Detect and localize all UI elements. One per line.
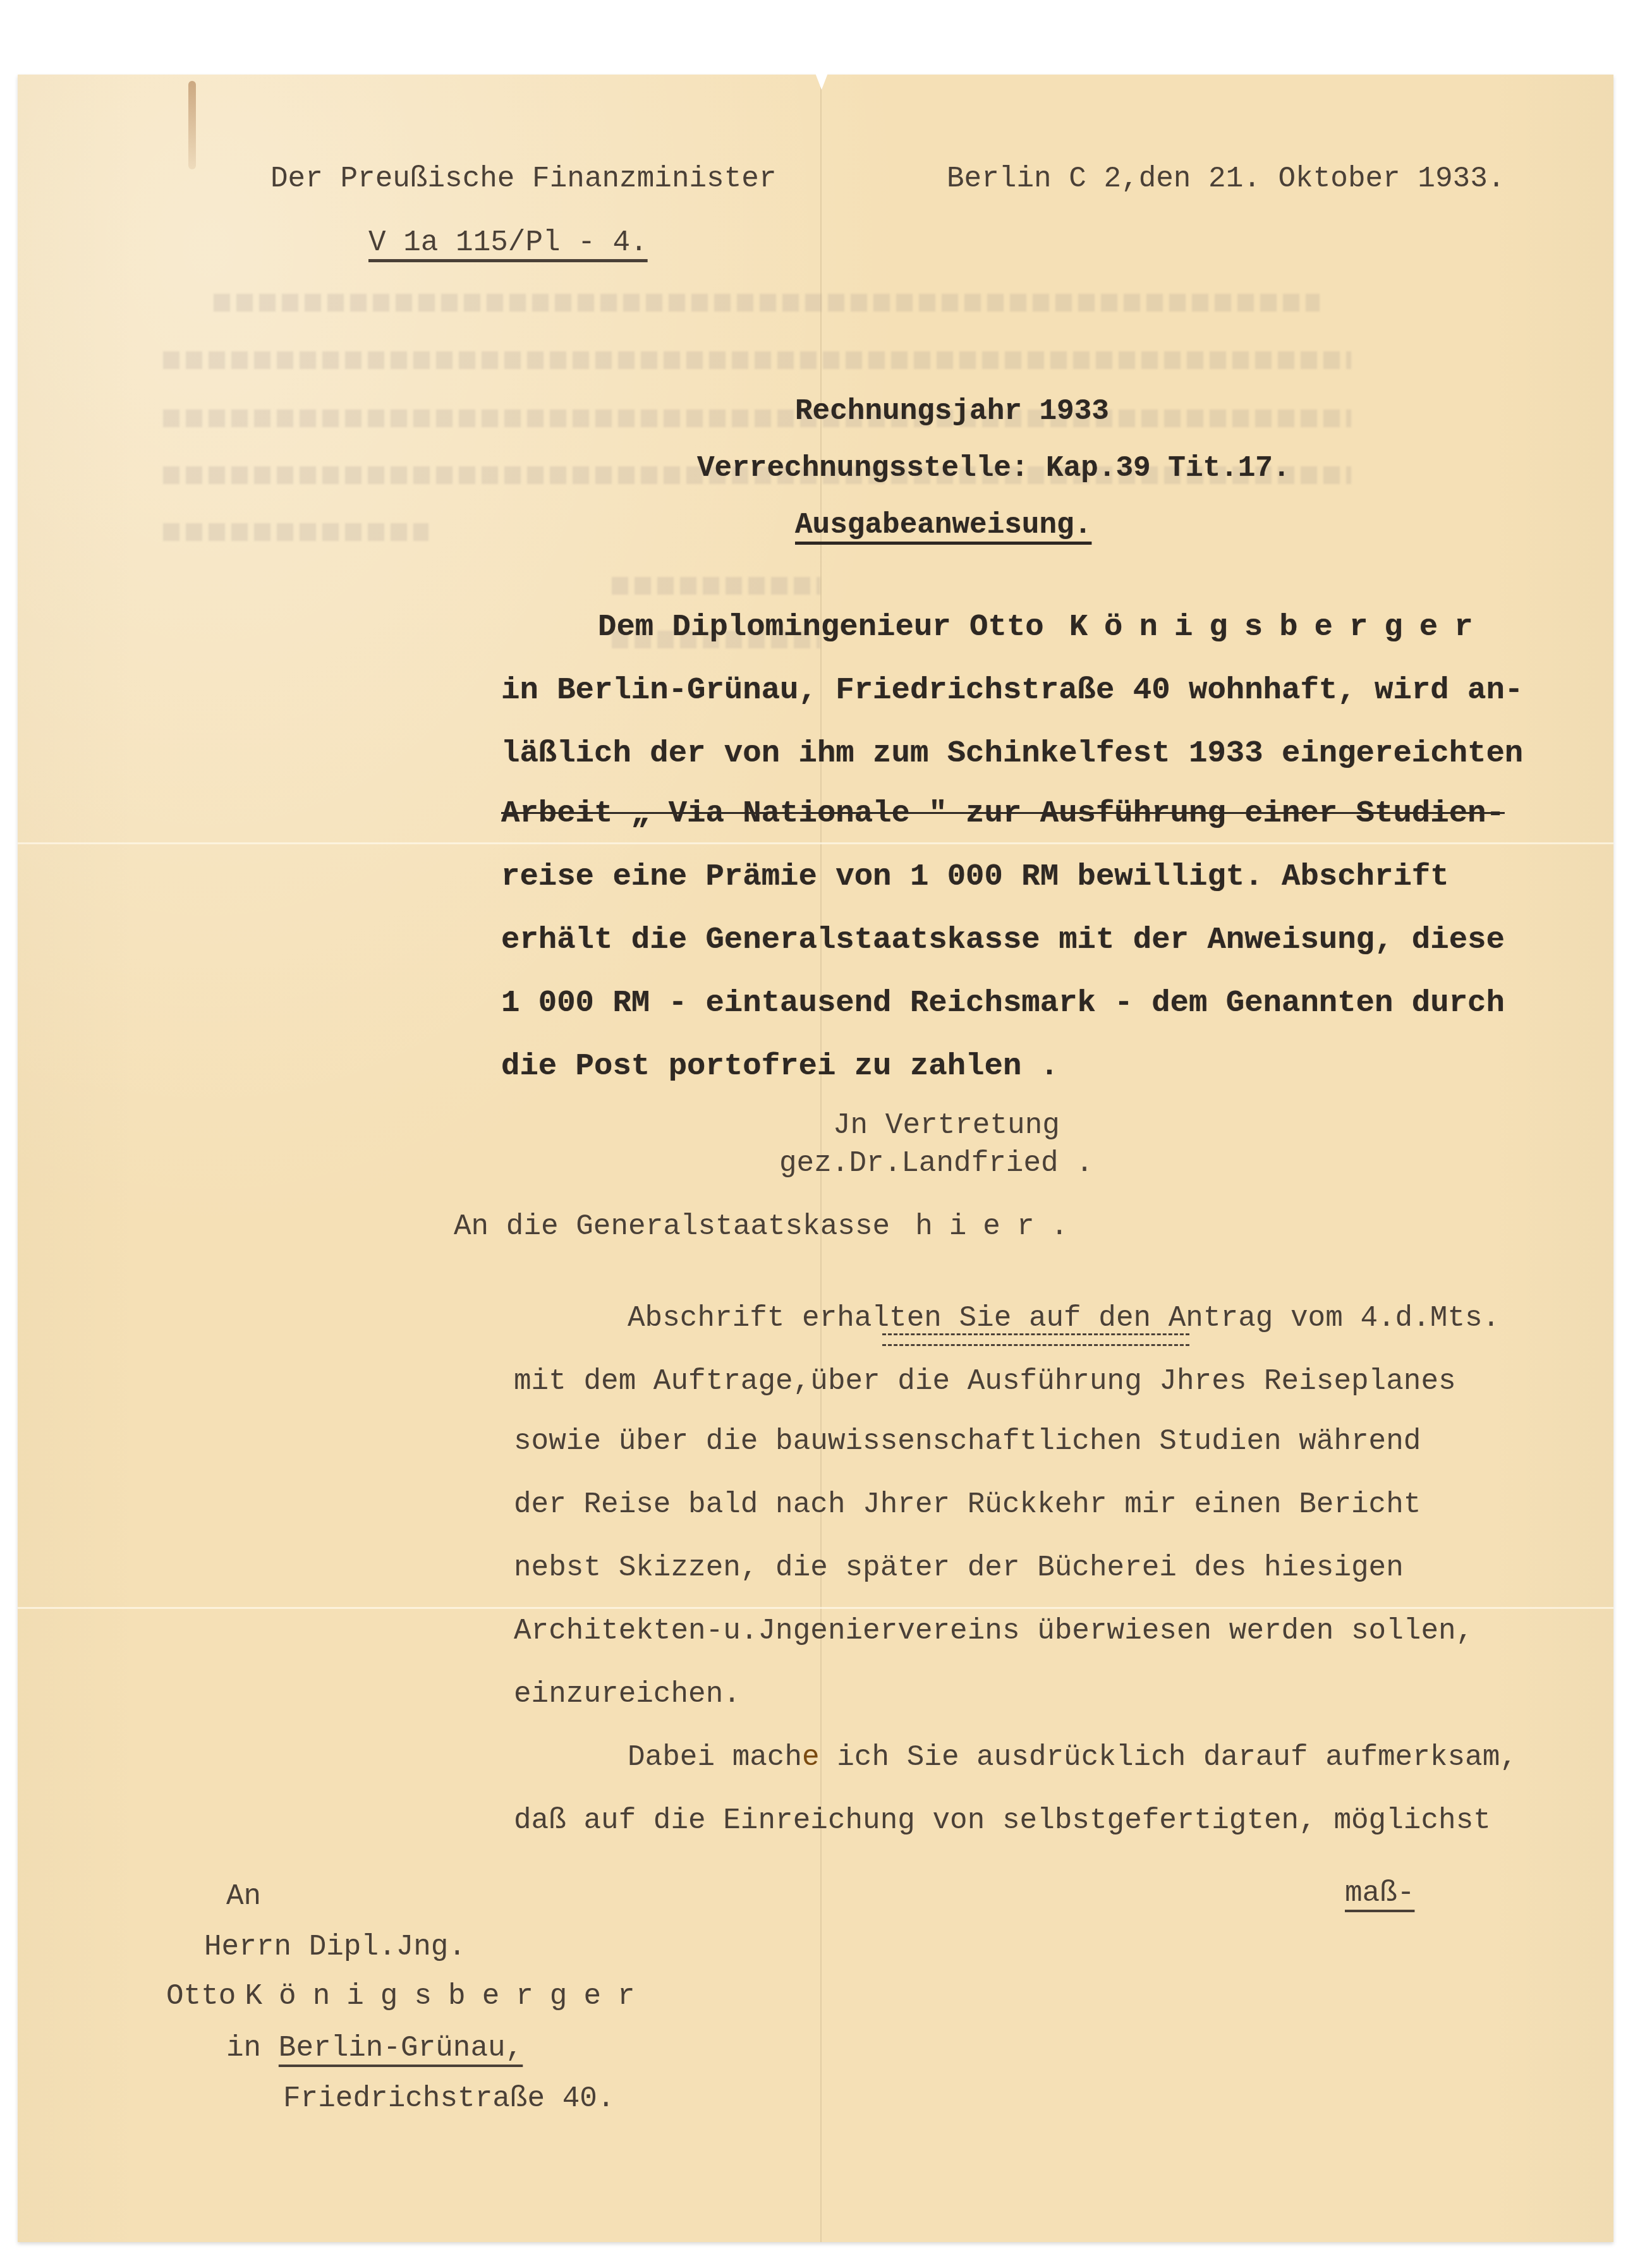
bleed-through-text [163,351,1351,369]
copy-line-7: einzureichen. [514,1680,741,1709]
bleed-through-text [163,409,1351,427]
address-prefix: in [226,2032,279,2065]
sender-name: Der Preußische Finanzminister [270,164,777,193]
address-first-name: Otto [166,1980,236,2013]
order-line-3: läßlich der von ihm zum Schinkelfest 193… [501,738,1523,769]
fold-line-horizontal-upper [18,842,1613,844]
copy-line-1: Abschrift erhalten Sie auf den Antrag vo… [628,1304,1500,1333]
note-line-1: Dabei mache ich Sie ausdrücklich darauf … [628,1743,1517,1772]
note-text: ich Sie ausdrücklich darauf aufmerksam, [820,1741,1517,1774]
order-line-1: Dem Diplomingenieur OttoKönigsberger [598,612,1490,643]
separator-line [882,1333,1189,1346]
handwritten-correction: e [802,1741,820,1774]
reference-number: V 1a 115/Pl - 4. [368,228,648,257]
copy-line-6: Architekten-u.Jngeniervereins überwiesen… [514,1616,1473,1646]
treasury-address: An die Generalstaatskassehier. [454,1212,1084,1241]
bleed-through-text [163,523,428,541]
order-line-7: 1 000 RM - eintausend Reichsmark - dem G… [501,988,1505,1019]
treasury-suffix: hier. [915,1210,1084,1243]
order-text: Dem Diplomingenieur Otto [598,609,1044,645]
address-city: Berlin-Grünau, [279,2032,523,2065]
note-line-2: daß auf die Einreichung von selbstgefert… [514,1806,1491,1835]
fold-line-horizontal-lower [18,1607,1613,1609]
paper-tear [815,73,828,90]
address-line-2: Herrn Dipl.Jng. [204,1932,466,1962]
order-line-2: in Berlin-Grünau, Friedrichstraße 40 woh… [501,675,1523,706]
address-line-4: in Berlin-Grünau, [226,2034,523,2063]
place-and-date: Berlin C 2,den 21. Oktober 1933. [947,164,1505,193]
continuation-word: maß- [1345,1879,1414,1908]
copy-line-3: sowie über die bauwissenschaftlichen Stu… [514,1427,1421,1456]
address-line-3: OttoKönigsberger [166,1982,652,2011]
signature-line-2: gez.Dr.Landfried . [779,1149,1093,1178]
bleed-through-text [612,577,820,595]
copy-line-4: der Reise bald nach Jhrer Rückkehr mir e… [514,1490,1421,1519]
rust-stain [188,81,196,169]
order-line-6: erhält die Generalstaatskasse mit der An… [501,925,1505,955]
treasury-name: An die Generalstaatskasse [454,1210,890,1243]
fiscal-year: Rechnungsjahr 1933 [795,397,1109,426]
order-line-8: die Post portofrei zu zahlen . [501,1051,1059,1082]
copy-line-5: nebst Skizzen, die später der Bücherei d… [514,1553,1404,1582]
order-line-5: reise eine Prämie von 1 000 RM bewilligt… [501,861,1449,892]
document-page: Der Preußische Finanzminister Berlin C 2… [18,75,1613,2242]
recipient-surname: Königsberger [1069,609,1490,645]
accounting-entry: Verrechnungsstelle: Kap.39 Tit.17. [697,454,1291,483]
note-text: Dabei mach [628,1741,802,1774]
signature-line-1: Jn Vertretung [833,1111,1060,1140]
bleed-through-text [214,294,1320,312]
address-surname: Königsberger [245,1980,651,2013]
order-line-4: Arbeit „ Via Nationale " zur Ausführung … [501,798,1505,829]
document-title: Ausgabeanweisung. [795,511,1091,540]
address-line-1: An [226,1882,261,1911]
address-line-5: Friedrichstraße 40. [283,2084,615,2113]
copy-line-2: mit dem Auftrage,über die Ausführung Jhr… [514,1367,1456,1396]
